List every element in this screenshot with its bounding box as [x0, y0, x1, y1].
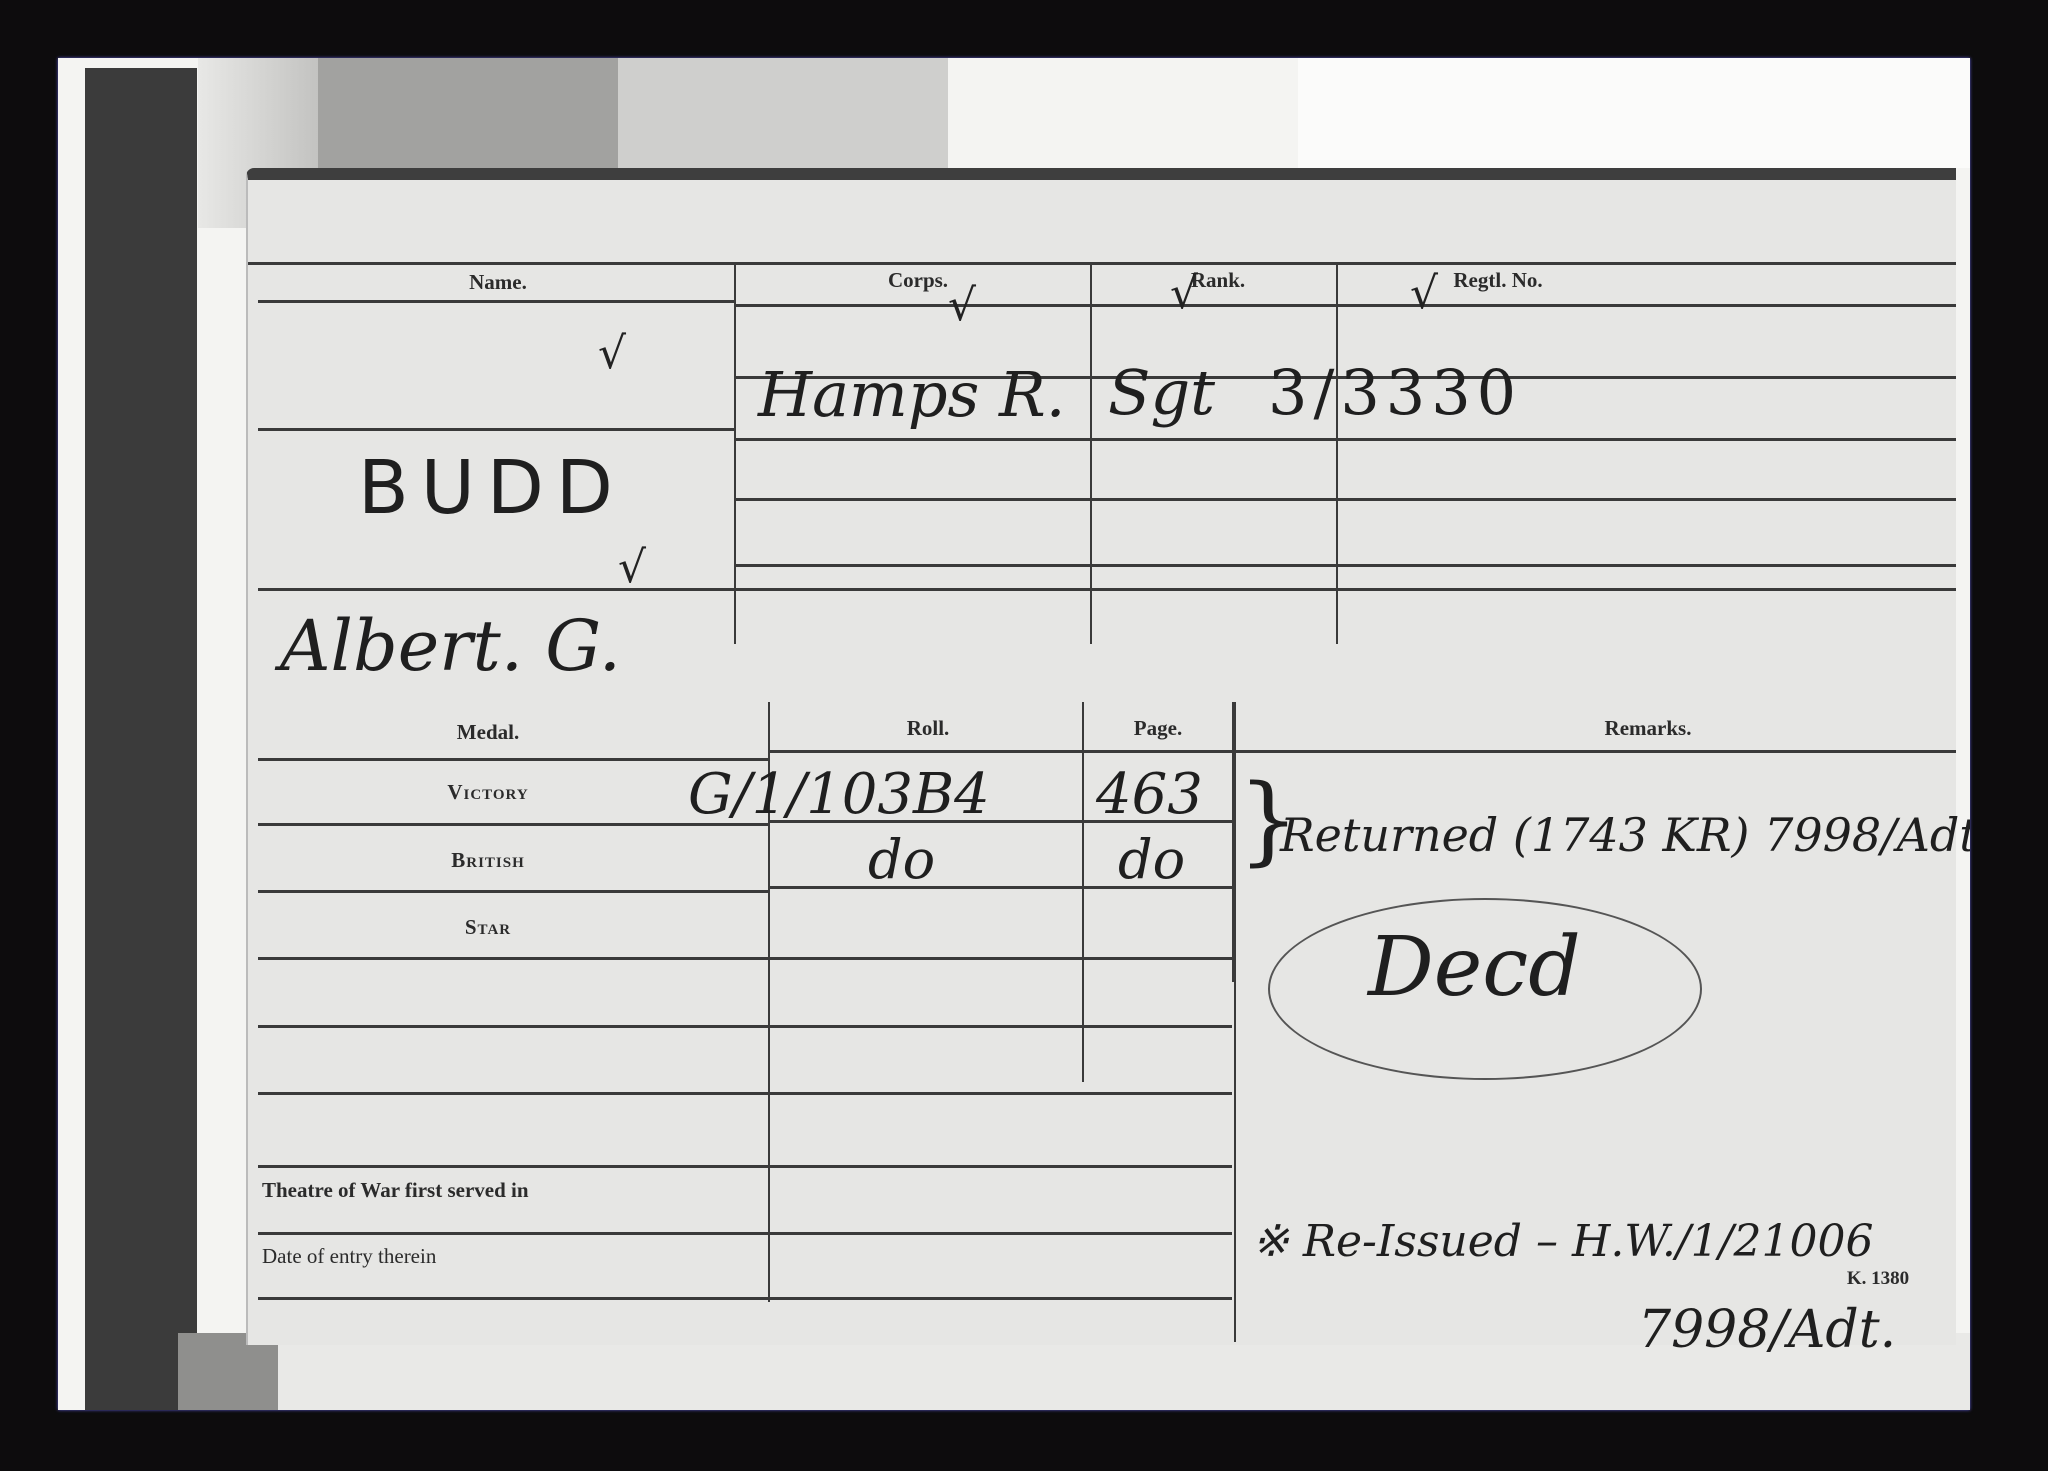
- remarks-returned: Returned (1743 KR) 7998/Adt. ※: [1280, 808, 1970, 862]
- form-number: K. 1380: [1808, 1268, 1948, 1290]
- medal-index-card: Name. Corps. Rank. Regtl. No. √ √ √ √ √ …: [246, 168, 1956, 1345]
- checkmark-icon: √: [948, 280, 976, 331]
- name-header: Name.: [398, 270, 598, 295]
- roll-header: Roll.: [828, 716, 1028, 741]
- remarks-reissued: ※ Re-Issued – H.W./1/21006: [1252, 1216, 1873, 1267]
- checkmark-icon: √: [598, 328, 626, 379]
- medal-header: Medal.: [378, 720, 598, 745]
- regtl-no-entry: 3/3330: [1268, 356, 1522, 429]
- rank-entry: Sgt: [1108, 356, 1215, 429]
- victory-roll-entry: G/1/103B4: [688, 762, 990, 827]
- background-region: [1298, 58, 1970, 168]
- forenames-entry: Albert. G.: [280, 605, 621, 687]
- medal-star-label: Star: [368, 915, 608, 940]
- british-page-entry: do: [1118, 828, 1185, 891]
- surname-entry: BUDD: [358, 445, 625, 531]
- deceased-stamp: Decd: [1368, 920, 1581, 1015]
- page-header: Page.: [1098, 716, 1218, 741]
- medal-british-label: British: [368, 848, 608, 873]
- corps-entry: Hamps R.: [758, 358, 1065, 431]
- checkmark-icon: √: [1170, 268, 1198, 319]
- regtl-no-header: Regtl. No.: [1358, 268, 1638, 293]
- rank-header: Rank.: [1118, 268, 1318, 293]
- background-dark-strip: [85, 68, 197, 1410]
- checkmark-icon: √: [1410, 268, 1438, 319]
- checkmark-icon: √: [618, 542, 646, 593]
- theatre-of-war-label: Theatre of War first served in: [262, 1178, 742, 1203]
- victory-page-entry: 463: [1096, 762, 1203, 827]
- date-of-entry-label: Date of entry therein: [262, 1244, 742, 1269]
- remarks-reissued-ref: 7998/Adt.: [1638, 1300, 1896, 1360]
- remarks-header: Remarks.: [1548, 716, 1748, 741]
- medal-victory-label: Victory: [368, 780, 608, 805]
- photo-print: Name. Corps. Rank. Regtl. No. √ √ √ √ √ …: [58, 58, 1970, 1410]
- british-roll-entry: do: [868, 828, 935, 891]
- corps-header: Corps.: [818, 268, 1018, 293]
